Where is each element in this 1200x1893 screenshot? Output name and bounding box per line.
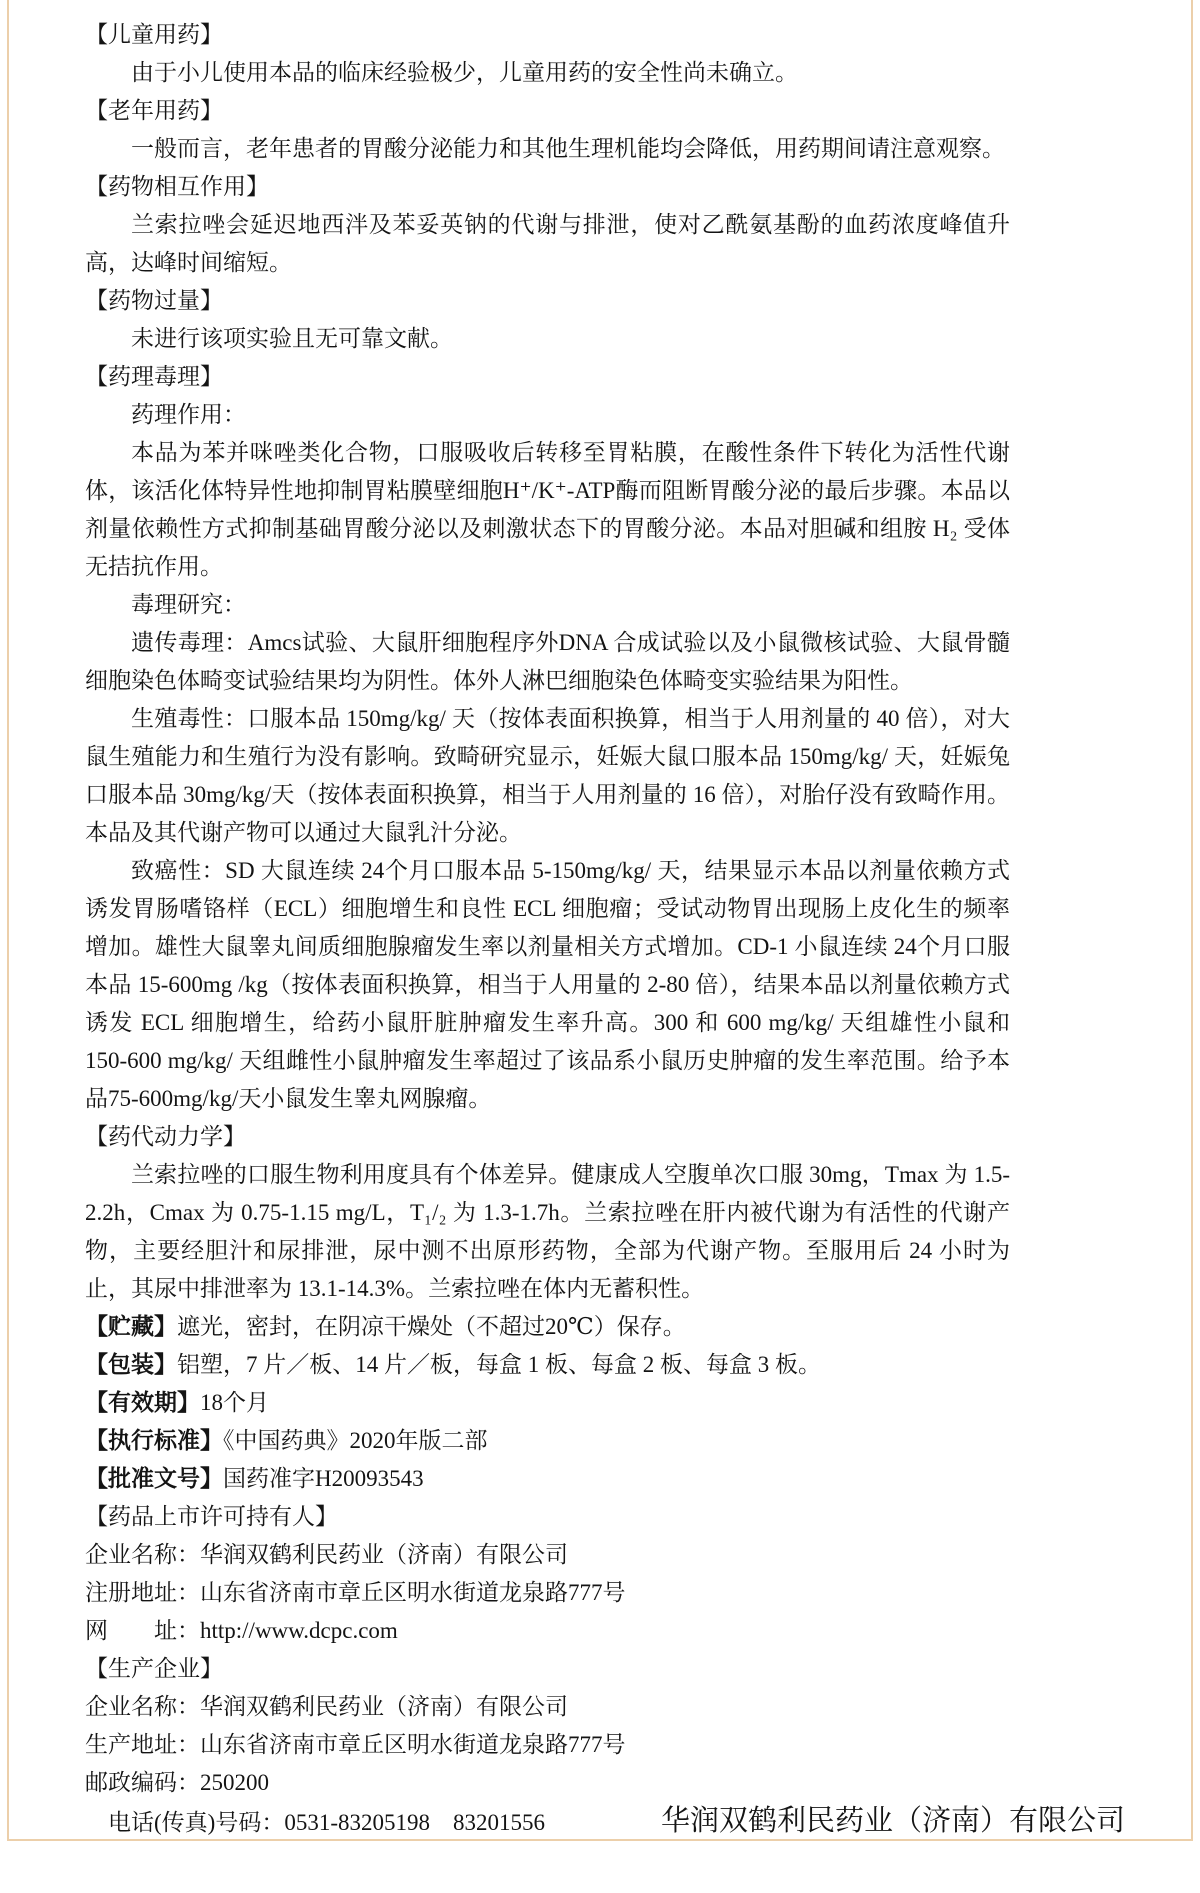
website-value: http://www.dcpc.com (200, 1618, 398, 1643)
section-heading-pharmacokinetics: 【药代动力学】 (85, 1118, 1010, 1156)
paragraph-pediatric-use: 由于小儿使用本品的临床经验极少，儿童用药的安全性尚未确立。 (85, 54, 1010, 92)
manufacturer-company: 企业名称：华润双鹤利民药业（济南）有限公司 (85, 1688, 1010, 1726)
entry-executive-standard: 【执行标准】《中国药典》2020年版二部 (85, 1422, 1010, 1460)
manufacturer-phone: 电话(传真)号码：0531-83205198 83201556 (108, 1804, 545, 1842)
paragraph-reproductive-toxicity: 生殖毒性：口服本品 150mg/kg/ 天（按体表面积换算，相当于人用剂量的 4… (85, 700, 1010, 852)
license-holder-website: 网 址：http://www.dcpc.com (85, 1612, 1010, 1650)
approval-text: 国药准字H20093543 (223, 1466, 424, 1491)
phone-and-signature-row: 电话(传真)号码：0531-83205198 83201556 华润双鹤利民药业… (85, 1802, 1010, 1842)
storage-label: 【贮藏】 (85, 1314, 177, 1339)
section-heading-pediatric-use: 【儿童用药】 (85, 16, 1010, 54)
manufacturer-postcode: 邮政编码：250200 (85, 1764, 1010, 1802)
packaging-label: 【包装】 (85, 1352, 177, 1377)
footer-company-signature: 华润双鹤利民药业（济南）有限公司 (661, 1802, 1125, 1840)
paragraph-drug-interactions: 兰索拉唑会延迟地西泮及苯妥英钠的代谢与排泄，使对乙酰氨基酚的血药浓度峰值升高，达… (85, 206, 1010, 282)
paragraph-geriatric-use: 一般而言，老年患者的胃酸分泌能力和其他生理机能均会降低，用药期间请注意观察。 (85, 130, 1010, 168)
postcode-value: 250200 (200, 1770, 269, 1795)
validity-text: 18个月 (200, 1390, 269, 1415)
approval-label: 【批准文号】 (85, 1466, 223, 1491)
entry-approval-number: 【批准文号】国药准字H20093543 (85, 1460, 1010, 1498)
paragraph-overdose: 未进行该项实验且无可靠文献。 (85, 320, 1010, 358)
paragraph-carcinogenicity: 致癌性：SD 大鼠连续 24个月口服本品 5-150mg/kg/ 天，结果显示本… (85, 852, 1010, 1118)
company-name-value: 华润双鹤利民药业（济南）有限公司 (200, 1542, 568, 1567)
entry-validity-period: 【有效期】18个月 (85, 1384, 1010, 1422)
paragraph-genetic-toxicity: 遗传毒理：Amcs试验、大鼠肝细胞程序外DNA 合成试验以及小鼠微核试验、大鼠骨… (85, 624, 1010, 700)
paragraph-pharmacology: 本品为苯并咪唑类化合物，口服吸收后转移至胃粘膜，在酸性条件下转化为活性代谢体，该… (85, 434, 1010, 586)
section-heading-drug-interactions: 【药物相互作用】 (85, 168, 1010, 206)
manufacturer-name-label: 企业名称： (85, 1694, 200, 1719)
storage-text: 遮光，密封，在阴凉干燥处（不超过20℃）保存。 (177, 1314, 686, 1339)
sublabel-pharmacology: 药理作用： (85, 396, 1010, 434)
manufacturer-address: 生产地址：山东省济南市章丘区明水街道龙泉路777号 (85, 1726, 1010, 1764)
entry-storage: 【贮藏】遮光，密封，在阴凉干燥处（不超过20℃）保存。 (85, 1308, 1010, 1346)
paragraph-pharmacokinetics: 兰索拉唑的口服生物利用度具有个体差异。健康成人空腹单次口服 30mg，Tmax … (85, 1156, 1010, 1308)
section-heading-license-holder: 【药品上市许可持有人】 (85, 1498, 1010, 1536)
license-holder-address: 注册地址：山东省济南市章丘区明水街道龙泉路777号 (85, 1574, 1010, 1612)
production-address-value: 山东省济南市章丘区明水街道龙泉路777号 (200, 1732, 626, 1757)
production-address-label: 生产地址： (85, 1732, 200, 1757)
entry-packaging: 【包装】铝塑，7 片／板、14 片／板，每盒 1 板、每盒 2 板、每盒 3 板… (85, 1346, 1010, 1384)
section-heading-overdose: 【药物过量】 (85, 282, 1010, 320)
packaging-text: 铝塑，7 片／板、14 片／板，每盒 1 板、每盒 2 板、每盒 3 板。 (177, 1352, 821, 1377)
phone-label: 电话(传真)号码： (108, 1810, 284, 1835)
license-holder-company: 企业名称：华润双鹤利民药业（济南）有限公司 (85, 1536, 1010, 1574)
insert-content: 【儿童用药】 由于小儿使用本品的临床经验极少，儿童用药的安全性尚未确立。 【老年… (85, 16, 1010, 1842)
company-name-label: 企业名称： (85, 1542, 200, 1567)
standard-label: 【执行标准】 (85, 1428, 223, 1453)
manufacturer-name-value: 华润双鹤利民药业（济南）有限公司 (200, 1694, 568, 1719)
postcode-label: 邮政编码： (85, 1770, 200, 1795)
section-heading-manufacturer: 【生产企业】 (85, 1650, 1010, 1688)
document-page: 【儿童用药】 由于小儿使用本品的临床经验极少，儿童用药的安全性尚未确立。 【老年… (0, 0, 1200, 1893)
standard-text: 《中国药典》2020年版二部 (223, 1428, 488, 1453)
website-label: 网 址： (85, 1618, 200, 1643)
sublabel-toxicology: 毒理研究： (85, 586, 1010, 624)
registered-address-value: 山东省济南市章丘区明水街道龙泉路777号 (200, 1580, 626, 1605)
phone-value: 0531-83205198 83201556 (284, 1810, 545, 1835)
section-heading-geriatric-use: 【老年用药】 (85, 92, 1010, 130)
validity-label: 【有效期】 (85, 1390, 200, 1415)
registered-address-label: 注册地址： (85, 1580, 200, 1605)
section-heading-pharmacology-toxicology: 【药理毒理】 (85, 358, 1010, 396)
